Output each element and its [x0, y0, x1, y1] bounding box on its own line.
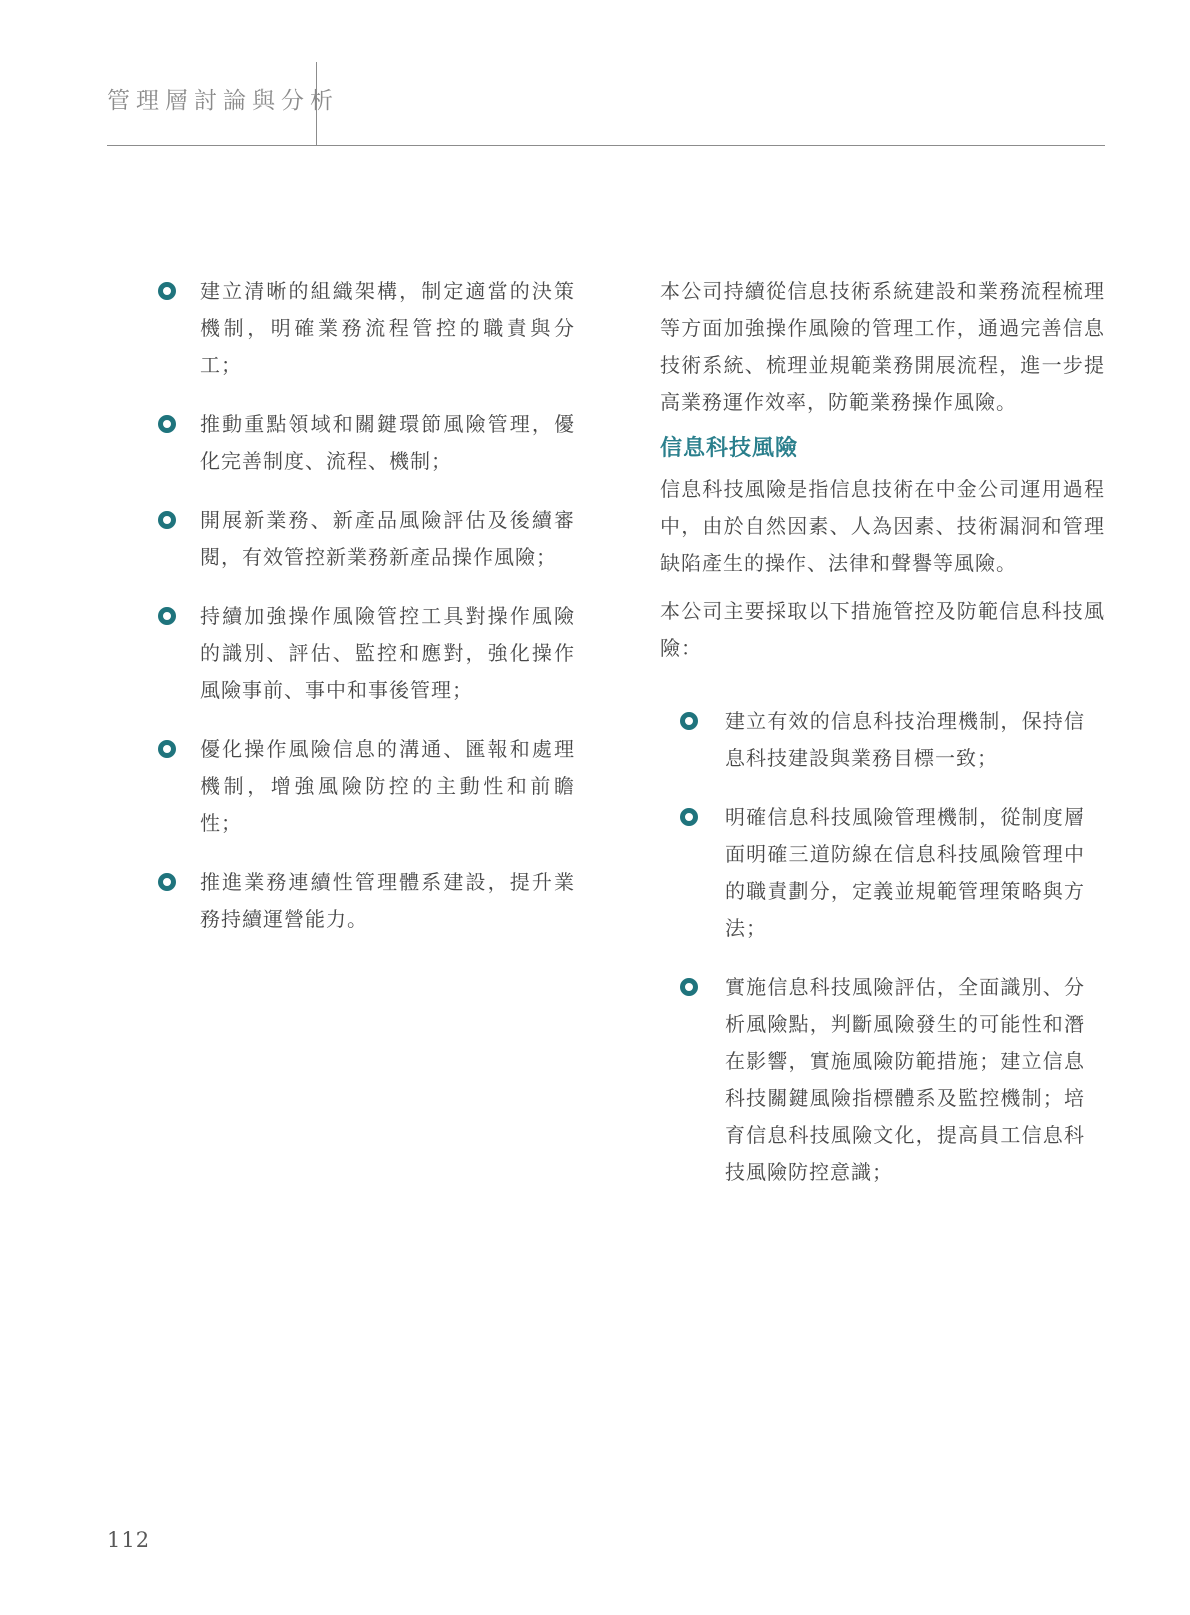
paragraph-it-risk-definition: 信息科技風險是指信息技術在中金公司運用過程中，由於自然因素、人為因素、技術漏洞和…: [660, 471, 1105, 582]
ring-bullet-icon: [158, 740, 176, 758]
header-vertical-divider: [316, 62, 317, 145]
list-item: 優化操作風險信息的溝通、匯報和處理機制，增強風險防控的主動性和前瞻性；: [158, 731, 575, 842]
ring-bullet-icon: [158, 511, 176, 529]
list-item-text: 建立清晰的組織架構，制定適當的決策機制，明確業務流程管控的職責與分工；: [200, 273, 575, 384]
paragraph-it-risk-measures-intro: 本公司主要採取以下措施管控及防範信息科技風險：: [660, 593, 1105, 667]
list-item: 實施信息科技風險評估，全面識別、分析風險點，判斷風險發生的可能性和潛在影響，實施…: [660, 969, 1105, 1191]
ring-bullet-icon: [680, 808, 698, 826]
list-item-text: 優化操作風險信息的溝通、匯報和處理機制，增強風險防控的主動性和前瞻性；: [200, 731, 575, 842]
list-item: 建立有效的信息科技治理機制，保持信息科技建設與業務目標一致；: [660, 703, 1105, 777]
left-bullet-list: 建立清晰的組織架構，制定適當的決策機制，明確業務流程管控的職責與分工； 推動重點…: [158, 273, 575, 938]
header-horizontal-rule: [107, 145, 1105, 146]
list-item: 建立清晰的組織架構，制定適當的決策機制，明確業務流程管控的職責與分工；: [158, 273, 575, 384]
list-item: 明確信息科技風險管理機制，從制度層面明確三道防線在信息科技風險管理中的職責劃分，…: [660, 799, 1105, 947]
right-bullet-list: 建立有效的信息科技治理機制，保持信息科技建設與業務目標一致； 明確信息科技風險管…: [660, 703, 1105, 1191]
section-heading-it-risk: 信息科技風險: [660, 430, 1105, 467]
ring-bullet-icon: [158, 607, 176, 625]
left-column: 建立清晰的組織架構，制定適當的決策機制，明確業務流程管控的職責與分工； 推動重點…: [158, 273, 575, 938]
list-item-text: 實施信息科技風險評估，全面識別、分析風險點，判斷風險發生的可能性和潛在影響，實施…: [725, 969, 1085, 1191]
list-item-text: 開展新業務、新產品風險評估及後續審閱，有效管控新業務新產品操作風險；: [200, 502, 575, 576]
list-item-text: 建立有效的信息科技治理機制，保持信息科技建設與業務目標一致；: [725, 703, 1085, 777]
paragraph-operational-risk: 本公司持續從信息技術系統建設和業務流程梳理等方面加強操作風險的管理工作，通過完善…: [660, 273, 1105, 421]
right-column: 本公司持續從信息技術系統建設和業務流程梳理等方面加強操作風險的管理工作，通過完善…: [660, 273, 1105, 1191]
ring-bullet-icon: [680, 712, 698, 730]
ring-bullet-icon: [158, 282, 176, 300]
ring-bullet-icon: [158, 415, 176, 433]
list-item: 推進業務連續性管理體系建設，提升業務持續運營能力。: [158, 864, 575, 938]
list-item-text: 持續加強操作風險管控工具對操作風險的識別、評估、監控和應對，強化操作風險事前、事…: [200, 598, 575, 709]
list-item: 持續加強操作風險管控工具對操作風險的識別、評估、監控和應對，強化操作風險事前、事…: [158, 598, 575, 709]
list-item-text: 推進業務連續性管理體系建設，提升業務持續運營能力。: [200, 864, 575, 938]
ring-bullet-icon: [680, 978, 698, 996]
list-item: 開展新業務、新產品風險評估及後續審閱，有效管控新業務新產品操作風險；: [158, 502, 575, 576]
page-title: 管理層討論與分析: [107, 82, 339, 115]
list-item-text: 推動重點領域和關鍵環節風險管理，優化完善制度、流程、機制；: [200, 406, 575, 480]
list-item-text: 明確信息科技風險管理機制，從制度層面明確三道防線在信息科技風險管理中的職責劃分，…: [725, 799, 1085, 947]
list-item: 推動重點領域和關鍵環節風險管理，優化完善制度、流程、機制；: [158, 406, 575, 480]
ring-bullet-icon: [158, 873, 176, 891]
page-number: 112: [107, 1528, 150, 1552]
document-page: 管理層討論與分析 建立清晰的組織架構，制定適當的決策機制，明確業務流程管控的職責…: [0, 0, 1190, 1615]
